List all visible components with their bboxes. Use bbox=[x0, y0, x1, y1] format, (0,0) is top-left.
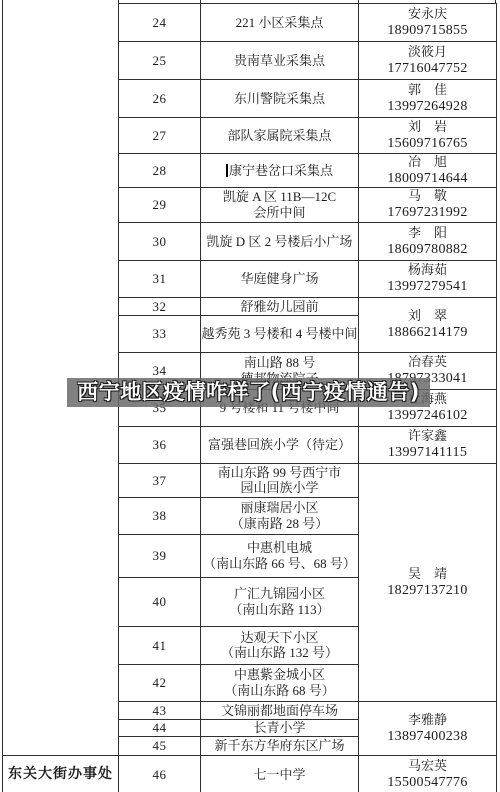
contact-name: 冶春英 bbox=[359, 354, 496, 370]
contact-phone: 18297137210 bbox=[359, 582, 496, 599]
location-line: 长青小学 bbox=[201, 720, 358, 736]
location-cell: 凯旋 D 区 2 号楼后小广场 bbox=[201, 222, 359, 260]
location-line: 文锦丽都地面停车场 bbox=[201, 703, 358, 719]
contact-phone: 17697231992 bbox=[359, 204, 496, 221]
row-number-cell: 41 bbox=[119, 626, 201, 664]
row-number-cell: 26 bbox=[119, 80, 201, 118]
table-row: 东关大街办事处 46 七一中学 马宏英 15500547776 bbox=[3, 755, 497, 792]
location-line: 南山路 88 号 bbox=[201, 355, 358, 371]
row-number-cell: 42 bbox=[119, 664, 201, 701]
location-cell: 康宁巷岔口采集点 bbox=[201, 154, 359, 188]
row-number-cell: 31 bbox=[119, 260, 201, 297]
location-cell: 七一中学 bbox=[201, 755, 359, 792]
contact-phone: 18866214179 bbox=[359, 324, 496, 341]
contact-phone: 15500547776 bbox=[359, 774, 496, 791]
location-line: 达观天下小区 bbox=[201, 630, 358, 646]
location-cell: 华庭健身广场 bbox=[201, 260, 359, 297]
contact-name: 许家鑫 bbox=[359, 428, 496, 444]
contact-name: 冶 旭 bbox=[359, 154, 496, 170]
location-line: （南山东路 132 号） bbox=[201, 645, 358, 661]
contact-name: 马 敬 bbox=[359, 188, 496, 204]
location-line: 东川警院采集点 bbox=[201, 91, 358, 107]
location-cell: 文锦丽都地面停车场 bbox=[201, 701, 359, 719]
table-row: 24 221 小区采集点 安永庆 18909715855 bbox=[3, 4, 497, 42]
location-cell: 越秀苑 3 号楼和 4 号楼中间 bbox=[201, 315, 359, 352]
contact-cell: 刘 岩 15609716765 bbox=[359, 118, 497, 154]
row-number-cell: 25 bbox=[119, 42, 201, 80]
row-number-cell: 33 bbox=[119, 315, 201, 352]
row-number-cell: 40 bbox=[119, 577, 201, 626]
contact-cell: 刘 翠 18866214179 bbox=[359, 297, 497, 352]
location-cell: 东川警院采集点 bbox=[201, 80, 359, 118]
contact-cell: 安永庆 18909715855 bbox=[359, 4, 497, 42]
row-number-cell: 46 bbox=[119, 755, 201, 792]
contact-name: 刘 岩 bbox=[359, 119, 496, 135]
contact-name: 李雅静 bbox=[359, 712, 496, 728]
contact-name: 吴 靖 bbox=[359, 566, 496, 582]
location-line: 新千东方华府东区广场 bbox=[201, 738, 358, 754]
contact-cell: 李雅静 13897400238 bbox=[359, 701, 497, 755]
location-cell: 广汇九锦园小区 （南山东路 113） bbox=[201, 577, 359, 626]
location-line: 舒雅幼儿园前 bbox=[201, 299, 358, 315]
contact-phone: 13997264928 bbox=[359, 98, 496, 115]
location-cell: 中惠机电城 （南山东路 66 号、68 号） bbox=[201, 534, 359, 577]
contact-cell: 郭 佳 13997264928 bbox=[359, 80, 497, 118]
location-cell: 丽康瑞居小区 （康南路 28 号） bbox=[201, 497, 359, 534]
row-number-cell: 28 bbox=[119, 154, 201, 188]
location-cell: 凯旋 A 区 11B—12C 会所中间 bbox=[201, 187, 359, 222]
contact-phone: 13997279541 bbox=[359, 278, 496, 295]
location-line: 会所中间 bbox=[201, 205, 358, 221]
contact-cell: 马宏英 15500547776 bbox=[359, 755, 497, 792]
location-line: 贵南草业采集点 bbox=[201, 53, 358, 69]
location-line: 广汇九锦园小区 bbox=[201, 586, 358, 602]
row-number-cell: 44 bbox=[119, 719, 201, 736]
location-line: 富强巷回族小学（待定） bbox=[201, 437, 358, 453]
location-cell: 舒雅幼儿园前 bbox=[201, 297, 359, 315]
row-number-cell: 36 bbox=[119, 426, 201, 463]
contact-phone: 17716047752 bbox=[359, 60, 496, 77]
contact-cell: 李 阳 18609780882 bbox=[359, 222, 497, 260]
row-number-cell: 37 bbox=[119, 463, 201, 497]
contact-name: 杨海茹 bbox=[359, 262, 496, 278]
contact-name: 马宏英 bbox=[359, 758, 496, 774]
street-office-cell: 东关大街办事处 bbox=[3, 755, 119, 792]
row-number-cell: 27 bbox=[119, 118, 201, 154]
row-number-cell: 39 bbox=[119, 534, 201, 577]
contact-cell: 冶 旭 18009714644 bbox=[359, 154, 497, 188]
contact-cell: 杨海茹 13997279541 bbox=[359, 260, 497, 297]
location-cell: 新千东方华府东区广场 bbox=[201, 736, 359, 755]
row-number-cell: 43 bbox=[119, 701, 201, 719]
row-number-cell: 24 bbox=[119, 4, 201, 42]
location-line: 221 小区采集点 bbox=[201, 15, 358, 31]
watermark-title: 西宁地区疫情咋样了(西宁疫情通告) bbox=[77, 380, 420, 404]
row-number-cell: 32 bbox=[119, 297, 201, 315]
text-cursor bbox=[226, 164, 228, 177]
location-line: （南山东路 68 号） bbox=[201, 683, 358, 699]
row-number-cell: 38 bbox=[119, 497, 201, 534]
row-number-cell: 45 bbox=[119, 736, 201, 755]
location-line: 凯旋 D 区 2 号楼后小广场 bbox=[201, 234, 358, 250]
contact-phone: 13897400238 bbox=[359, 728, 496, 745]
location-line: 康宁巷岔口采集点 bbox=[201, 163, 358, 179]
contact-phone: 15609716765 bbox=[359, 135, 496, 152]
contact-name: 安永庆 bbox=[359, 6, 496, 22]
contact-name: 淡筱月 bbox=[359, 44, 496, 60]
contact-phone: 18609780882 bbox=[359, 241, 496, 258]
location-cell: 221 小区采集点 bbox=[201, 4, 359, 42]
location-cell: 南山东路 99 号西宁市 园山回族小学 bbox=[201, 463, 359, 497]
contact-cell: 吴 靖 18297137210 bbox=[359, 463, 497, 701]
location-line: （康南路 28 号） bbox=[201, 516, 358, 532]
location-cell: 富强巷回族小学（待定） bbox=[201, 426, 359, 463]
location-cell: 长青小学 bbox=[201, 719, 359, 736]
location-line: 七一中学 bbox=[201, 767, 358, 783]
row-number-cell: 29 bbox=[119, 187, 201, 222]
location-line: 中惠机电城 bbox=[201, 540, 358, 556]
contact-cell: 许家鑫 13997141115 bbox=[359, 426, 497, 463]
location-line: 中惠紫金城小区 bbox=[201, 667, 358, 683]
row-number-cell: 30 bbox=[119, 222, 201, 260]
location-line: （南山东路 113） bbox=[201, 602, 358, 618]
contact-name: 郭 佳 bbox=[359, 82, 496, 98]
location-cell: 贵南草业采集点 bbox=[201, 42, 359, 80]
location-line: 越秀苑 3 号楼和 4 号楼中间 bbox=[201, 326, 358, 342]
contact-phone: 13997246102 bbox=[359, 407, 496, 424]
location-line: 南山东路 99 号西宁市 bbox=[201, 465, 358, 481]
location-cell: 中惠紫金城小区 （南山东路 68 号） bbox=[201, 664, 359, 701]
location-line: 丽康瑞居小区 bbox=[201, 500, 358, 516]
contact-phone: 18009714644 bbox=[359, 170, 496, 187]
location-line: 园山回族小学 bbox=[201, 480, 358, 496]
watermark-banner: 西宁地区疫情咋样了(西宁疫情通告) bbox=[67, 378, 430, 407]
contact-cell: 淡筱月 17716047752 bbox=[359, 42, 497, 80]
contact-name: 李 阳 bbox=[359, 225, 496, 241]
page: 24 221 小区采集点 安永庆 18909715855 25 贵南草业采集点 … bbox=[0, 0, 500, 792]
location-cell: 达观天下小区 （南山东路 132 号） bbox=[201, 626, 359, 664]
contact-cell: 马 敬 17697231992 bbox=[359, 187, 497, 222]
location-cell: 部队家属院采集点 bbox=[201, 118, 359, 154]
contact-phone: 18909715855 bbox=[359, 22, 496, 39]
location-line: （南山东路 66 号、68 号） bbox=[201, 556, 358, 572]
contact-name: 刘 翠 bbox=[359, 308, 496, 324]
location-line: 凯旋 A 区 11B—12C bbox=[201, 189, 358, 205]
location-text: 康宁巷岔口采集点 bbox=[229, 163, 333, 178]
location-line: 部队家属院采集点 bbox=[201, 128, 358, 144]
location-line: 华庭健身广场 bbox=[201, 271, 358, 287]
contact-phone: 13997141115 bbox=[359, 444, 496, 461]
